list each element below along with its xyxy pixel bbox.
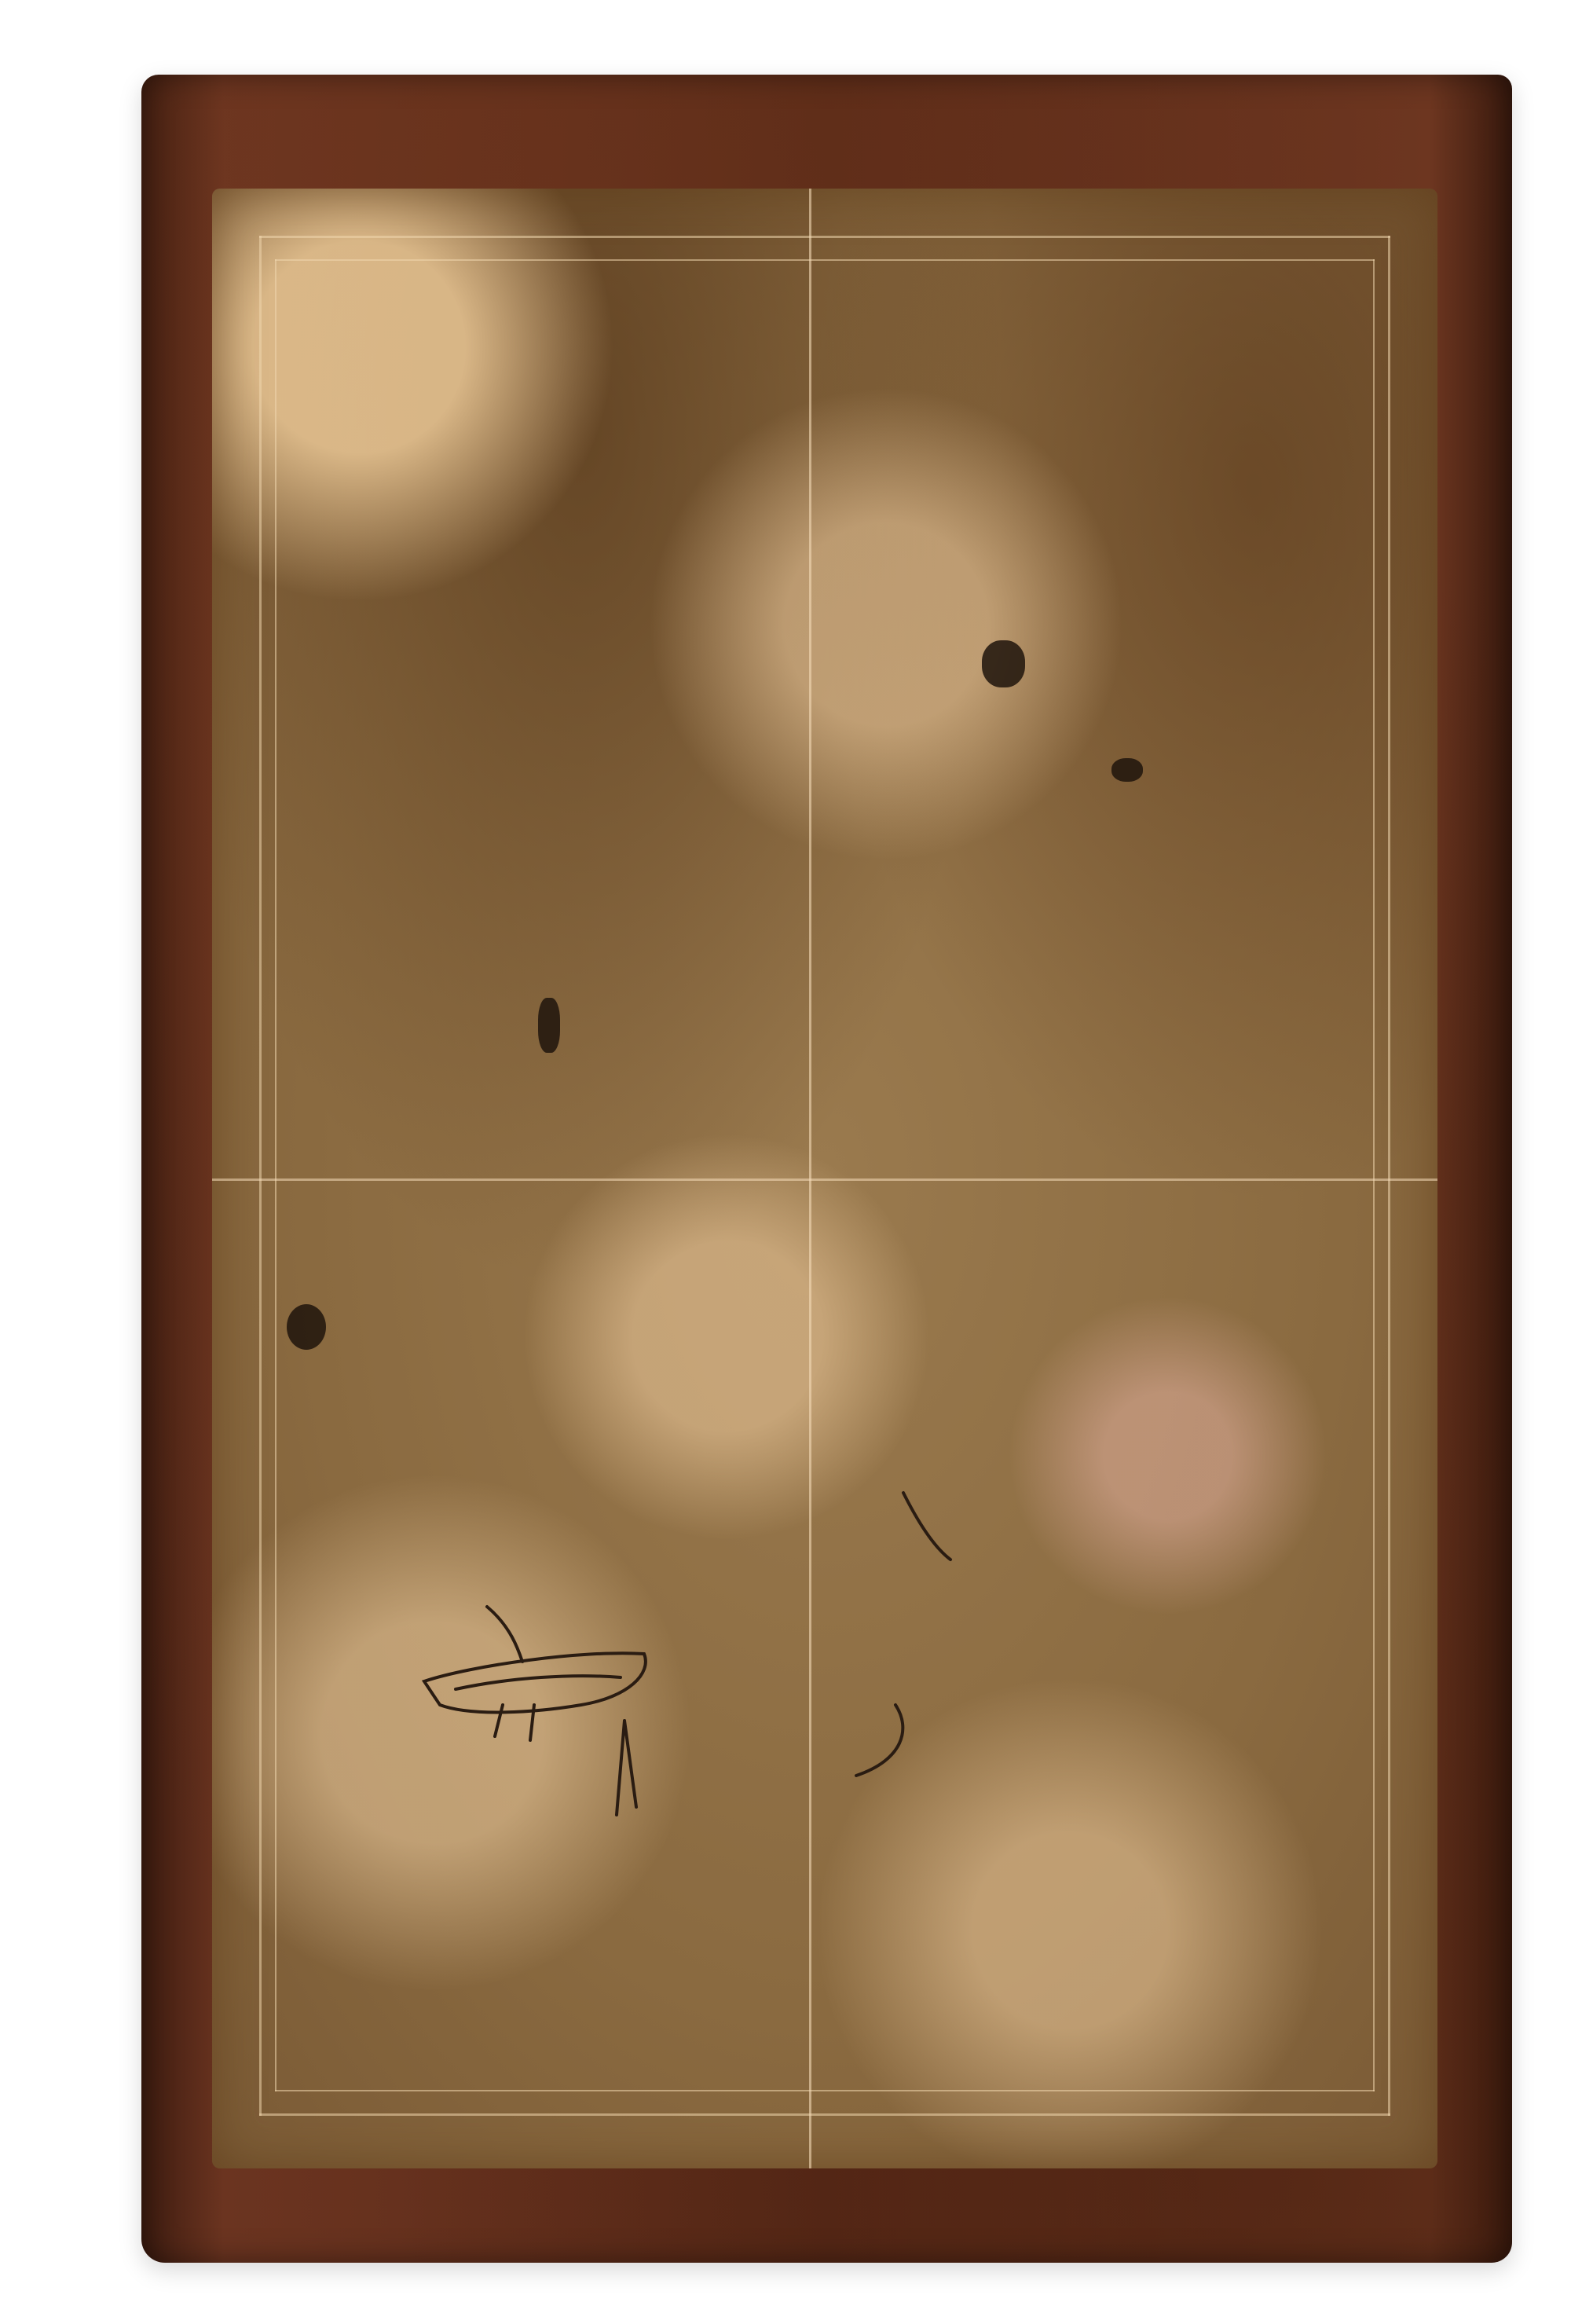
border-rule-bottom-inner (275, 2090, 1375, 2091)
ink-stain (1111, 758, 1143, 782)
border-rule-left (259, 236, 262, 2116)
border-rule-right (1388, 236, 1390, 2116)
ink-stain (287, 1304, 326, 1350)
border-rule-left-inner (275, 259, 276, 2091)
ink-stain (982, 640, 1025, 687)
border-rule-top-inner (275, 259, 1375, 261)
fold-crease-horizontal (212, 1178, 1437, 1181)
border-rule-top (259, 236, 1390, 238)
border-rule-bottom (259, 2113, 1390, 2116)
border-rule-right-inner (1373, 259, 1375, 2091)
ink-stain (538, 998, 560, 1053)
